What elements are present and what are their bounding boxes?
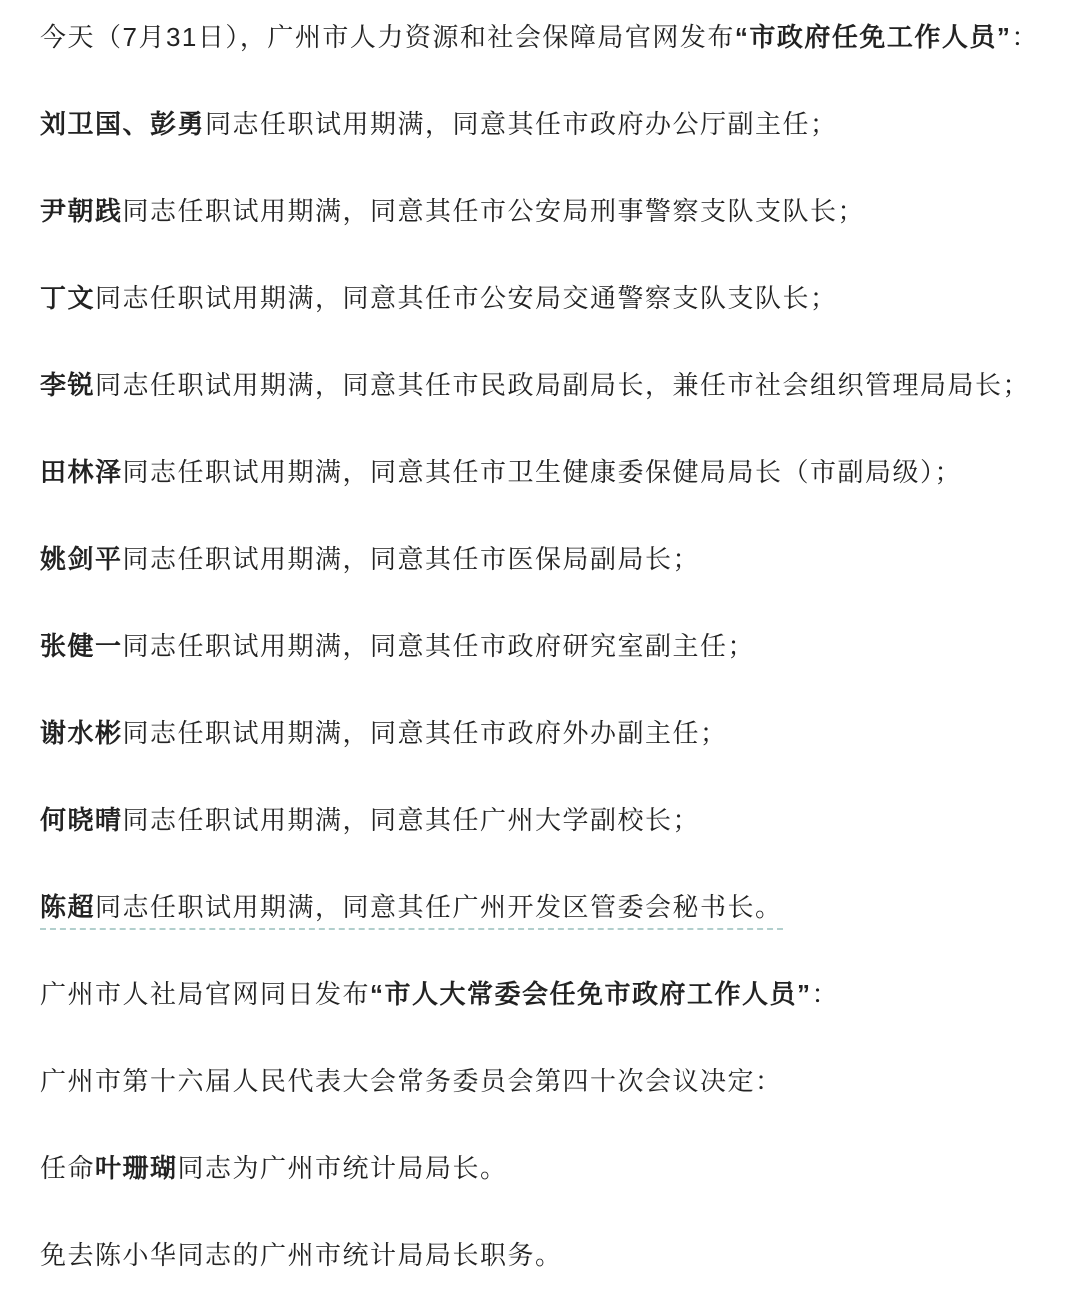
emphasis-text: 姚剑平 <box>40 544 123 574</box>
paragraph: 任命叶珊瑚同志为广州市统计局局长。 <box>40 1147 1032 1189</box>
emphasis-text: 尹朝践 <box>40 196 123 226</box>
emphasis-text: 陈超 <box>40 892 95 922</box>
body-text: 同志任职试用期满，同意其任市政府外办副主任； <box>123 718 728 748</box>
paragraph: 刘卫国、彭勇同志任职试用期满，同意其任市政府办公厅副主任； <box>40 103 1032 145</box>
emphasis-text: 李锐 <box>40 370 95 400</box>
body-text: 同志任职试用期满，同意其任广州开发区管委会秘书长。 <box>95 892 783 922</box>
paragraph: 今天（7月31日），广州市人力资源和社会保障局官网发布“市政府任免工作人员”： <box>40 16 1032 58</box>
paragraph: 田林泽同志任职试用期满，同意其任市卫生健康委保健局局长（市副局级）； <box>40 451 1032 493</box>
paragraph: 免去陈小华同志的广州市统计局局长职务。 <box>40 1234 1032 1276</box>
emphasis-text: “市人大常委会任免市政府工作人员” <box>370 979 812 1009</box>
body-text: 广州市第十六届人民代表大会常务委员会第四十次会议决定： <box>40 1066 783 1096</box>
body-text: ： <box>1011 22 1039 52</box>
body-text: 同志任职试用期满，同意其任市政府办公厅副主任； <box>205 109 838 139</box>
emphasis-text: 张健一 <box>40 631 123 661</box>
body-text: ： <box>812 979 840 1009</box>
emphasis-text: 何晓晴 <box>40 805 123 835</box>
paragraph: 何晓晴同志任职试用期满，同意其任广州大学副校长； <box>40 799 1032 841</box>
emphasis-text: 丁文 <box>40 283 95 313</box>
body-text: 同志任职试用期满，同意其任广州大学副校长； <box>123 805 701 835</box>
body-text: 同志任职试用期满，同意其任市政府研究室副主任； <box>123 631 756 661</box>
emphasis-text: 田林泽 <box>40 457 123 487</box>
paragraph: 丁文同志任职试用期满，同意其任市公安局交通警察支队支队长； <box>40 277 1032 319</box>
paragraph: 张健一同志任职试用期满，同意其任市政府研究室副主任； <box>40 625 1032 667</box>
body-text: 任命 <box>40 1153 95 1183</box>
emphasis-text: “市政府任免工作人员” <box>735 22 1012 52</box>
body-text: 同志任职试用期满，同意其任市医保局副局长； <box>123 544 701 574</box>
paragraph: 陈超同志任职试用期满，同意其任广州开发区管委会秘书长。 <box>40 886 1032 928</box>
body-text: 同志任职试用期满，同意其任市公安局刑事警察支队支队长； <box>123 196 866 226</box>
paragraph: 广州市人社局官网同日发布“市人大常委会任免市政府工作人员”： <box>40 973 1032 1015</box>
body-text: 同志任职试用期满，同意其任市公安局交通警察支队支队长； <box>95 283 838 313</box>
emphasis-text: 叶珊瑚 <box>95 1153 178 1183</box>
underlined-entity-text[interactable]: 陈超同志任职试用期满，同意其任广州开发区管委会秘书长。 <box>40 892 783 930</box>
paragraph: 李锐同志任职试用期满，同意其任市民政局副局长，兼任市社会组织管理局局长； <box>40 364 1032 406</box>
body-text: 免去陈小华同志的广州市统计局局长职务。 <box>40 1240 563 1270</box>
article-body: 今天（7月31日），广州市人力资源和社会保障局官网发布“市政府任免工作人员”：刘… <box>0 0 1070 1276</box>
body-text: 同志任职试用期满，同意其任市卫生健康委保健局局长（市副局级）； <box>123 457 963 487</box>
paragraph: 尹朝践同志任职试用期满，同意其任市公安局刑事警察支队支队长； <box>40 190 1032 232</box>
emphasis-text: 刘卫国、彭勇 <box>40 109 205 139</box>
body-text: 广州市人社局官网同日发布 <box>40 979 370 1009</box>
paragraph: 广州市第十六届人民代表大会常务委员会第四十次会议决定： <box>40 1060 1032 1102</box>
emphasis-text: 谢水彬 <box>40 718 123 748</box>
body-text: 同志为广州市统计局局长。 <box>178 1153 508 1183</box>
paragraph: 谢水彬同志任职试用期满，同意其任市政府外办副主任； <box>40 712 1032 754</box>
body-text: 今天（7月31日），广州市人力资源和社会保障局官网发布 <box>40 22 735 52</box>
paragraph: 姚剑平同志任职试用期满，同意其任市医保局副局长； <box>40 538 1032 580</box>
body-text: 同志任职试用期满，同意其任市民政局副局长，兼任市社会组织管理局局长； <box>95 370 1030 400</box>
